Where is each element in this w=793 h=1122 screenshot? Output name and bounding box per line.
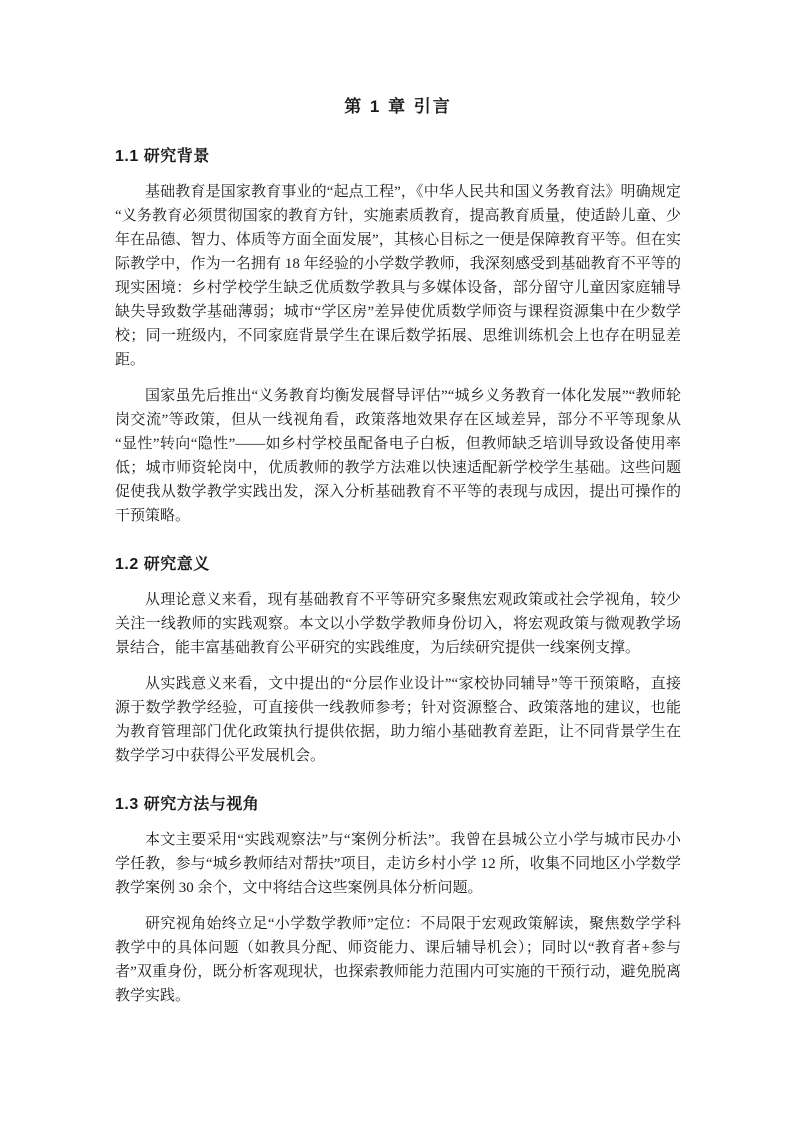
paragraph: 从理论意义来看，现有基础教育不平等研究多聚焦宏观政策或社会学视角，较少关注一线教…: [115, 588, 681, 660]
section-heading-1-3: 1.3 研究方法与视角: [115, 794, 681, 815]
paragraph: 基础教育是国家教育事业的“起点工程”，《中华人民共和国义务教育法》明确规定“义务…: [115, 180, 681, 372]
paragraph: 从实践意义来看，文中提出的“分层作业设计”“家校协同辅导”等干预策略，直接源于数…: [115, 672, 681, 768]
section-research-background: 1.1 研究背景 基础教育是国家教育事业的“起点工程”，《中华人民共和国义务教育…: [115, 146, 681, 528]
paragraph: 国家虽先后推出“义务教育均衡发展督导评估”“城乡义务教育一体化发展”“教师轮岗交…: [115, 384, 681, 528]
section-heading-1-1: 1.1 研究背景: [115, 146, 681, 167]
section-research-methods: 1.3 研究方法与视角 本文主要采用“实践观察法”与“案例分析法”。我曾在县城公…: [115, 794, 681, 1008]
section-research-significance: 1.2 研究意义 从理论意义来看，现有基础教育不平等研究多聚焦宏观政策或社会学视…: [115, 554, 681, 768]
paragraph: 本文主要采用“实践观察法”与“案例分析法”。我曾在县城公立小学与城市民办小学任教…: [115, 828, 681, 900]
chapter-title: 第 1 章 引言: [115, 94, 681, 120]
document-page: 第 1 章 引言 1.1 研究背景 基础教育是国家教育事业的“起点工程”，《中华…: [0, 0, 793, 1122]
paragraph: 研究视角始终立足“小学数学教师”定位：不局限于宏观政策解读，聚焦数学学科教学中的…: [115, 912, 681, 1008]
section-heading-1-2: 1.2 研究意义: [115, 554, 681, 575]
